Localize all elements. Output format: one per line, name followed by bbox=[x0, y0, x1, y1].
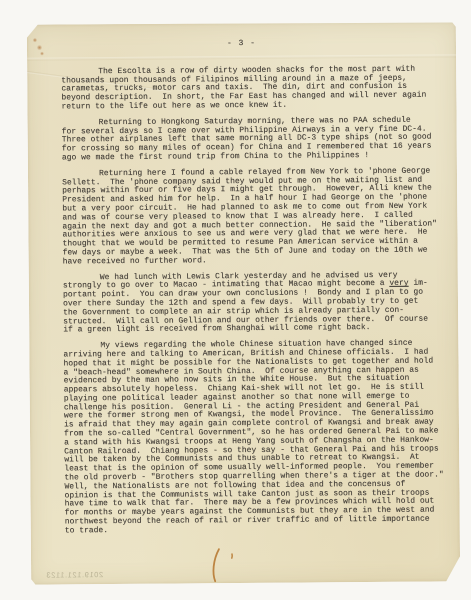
scanned-letter-background: - 3 - The Escolta is a row of dirty wood… bbox=[0, 0, 471, 600]
paragraph: We had lunch with Lewis Clark yesterday … bbox=[63, 271, 444, 336]
letter-content: - 3 - The Escolta is a row of dirty wood… bbox=[27, 21, 460, 543]
page-number: - 3 - bbox=[61, 39, 422, 51]
paragraph: My views regarding the whole Chinese sit… bbox=[63, 340, 446, 537]
ghost-accession-number: 2019.121.1123 bbox=[33, 570, 103, 580]
text-line: return to the life out here as we once k… bbox=[61, 100, 442, 112]
paragraph: Returning here I found a cable relayed f… bbox=[62, 167, 444, 267]
text-line: have received no further word. bbox=[63, 255, 444, 267]
text-line: if a green light is received from Shangh… bbox=[63, 324, 444, 336]
text-line: ago we made the first round trip from Ch… bbox=[62, 151, 443, 163]
paragraph: The Escolta is a row of dirty wooden sha… bbox=[61, 65, 442, 112]
ink-mark bbox=[205, 546, 249, 584]
letter-page: - 3 - The Escolta is a row of dirty wood… bbox=[27, 21, 460, 584]
letter-body: The Escolta is a row of dirty wooden sha… bbox=[61, 65, 446, 536]
paragraph: Returning to Hongkong Saturday morning, … bbox=[62, 116, 443, 163]
